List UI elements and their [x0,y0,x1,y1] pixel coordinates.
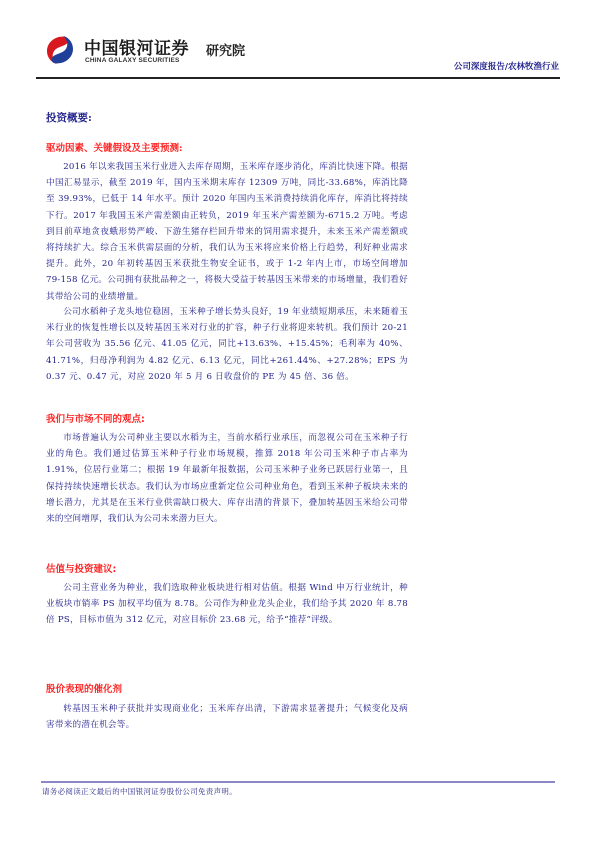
paragraph-catalysts: 转基因玉米种子获批并实现商业化；玉米库存出清，下游需求显著提升；气候变化及病害带… [46,701,408,733]
summary-title: 投资概要: [46,110,92,125]
paragraph-valuation: 公司主营业务为种业，我们选取种业板块进行相对估值。根据 Wind 申万行业统计，… [46,580,408,629]
paragraph-drivers-2: 公司水稻种子龙头地位稳固，玉米种子增长势头良好，19 年业绩短期承压，未来随着玉… [46,304,408,385]
paragraph-drivers-1: 2016 年以来我国玉米行业进入去库存周期，玉米库存逐步消化，库消比快速下降。根… [46,159,408,305]
section-title-drivers: 驱动因素、关键假设及主要预测: [46,140,183,154]
footer-disclaimer: 请务必阅读正文最后的中国银河证券股份公司免责声明。 [42,786,237,797]
logo-english-name: CHINA GALAXY SECURITIES [85,57,180,64]
report-type-label: 公司深度报告/农林牧渔行业 [454,60,559,72]
section-title-valuation: 估值与投资建议: [46,561,116,575]
section-title-catalysts: 股价表现的催化剂 [46,681,122,695]
report-header: 中国银河证券 CHINA GALAXY SECURITIES 研究院 公司深度报… [36,26,561,78]
galaxy-logo-icon [44,34,76,66]
paragraph-differing-view: 市场普遍认为公司种业主要以水稻为主，当前水稻行业承压，而忽视公司在玉米种子行业的… [46,430,408,527]
footer-divider [41,781,555,783]
logo-chinese-name: 中国银河证券 [84,34,189,59]
logo-institute: 研究院 [206,40,245,59]
section-title-differing-view: 我们与市场不同的观点: [46,411,145,425]
header-divider [36,77,560,79]
